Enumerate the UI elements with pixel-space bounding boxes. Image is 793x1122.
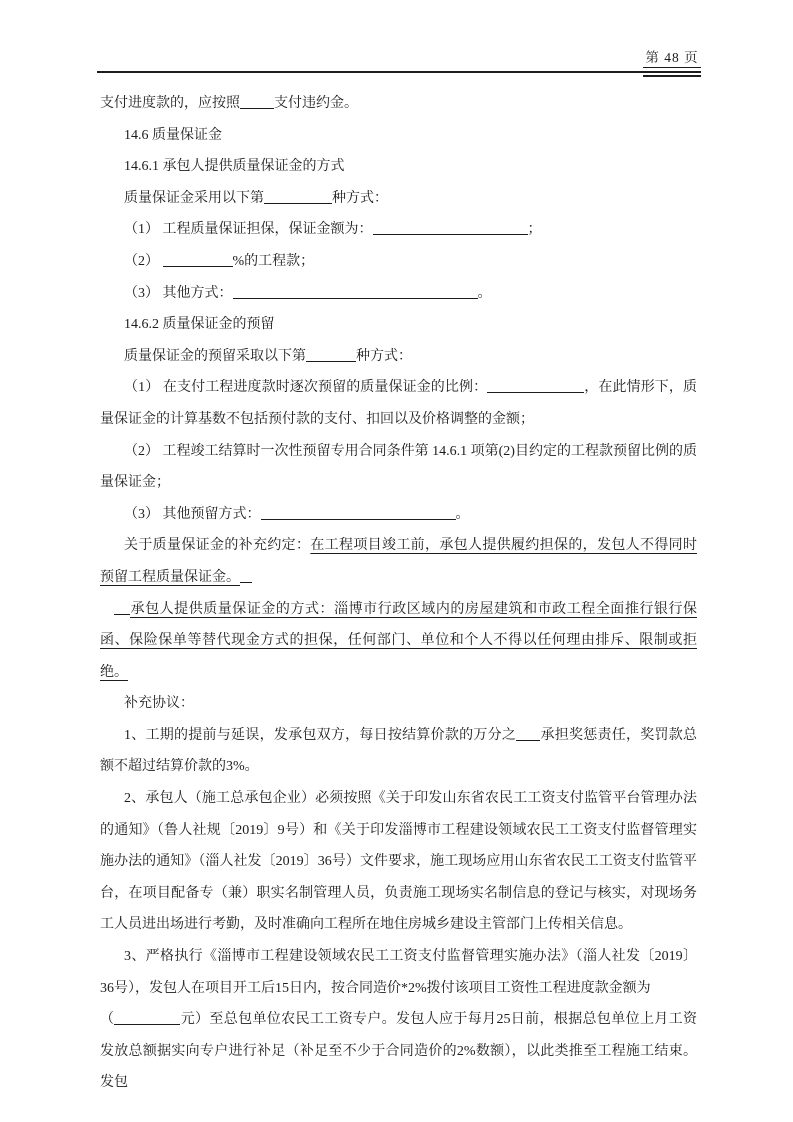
underlined-clause: 承包人提供质量保证金的方式：淄博市行政区域内的房屋建筑和市政工程全面推行银行保函…: [100, 602, 697, 680]
text-run: 2、承包人（施工总承包企业）必须按照《关于印发山东省农民工工资支付监管平台管理办…: [100, 791, 697, 932]
text-run: %的工程款；: [233, 254, 315, 269]
text-run: 元）至总包单位农民工工资专户。发包人应于每月25日前，根据总包单位上月工资发放总…: [100, 1012, 697, 1090]
text-run: 关于质量保证金的补充约定：: [124, 538, 310, 553]
blank-field: [240, 96, 274, 109]
text-run: 质量保证金采用以下第: [124, 191, 264, 206]
text-run: 。: [456, 507, 470, 522]
heading-14-6-quality-guarantee: 14.6 质量保证金: [100, 120, 697, 152]
text-run: 补充协议：: [124, 696, 194, 711]
option-3-other-method: （3） 其他方式：。: [100, 278, 697, 310]
text-run: 。: [478, 286, 492, 301]
document-body: 支付进度款的，应按照支付违约金。14.6 质量保证金14.6.1 承包人提供质量…: [100, 88, 697, 1099]
heading-14-6-2-retention: 14.6.2 质量保证金的预留: [100, 309, 697, 341]
text-run: （2）: [124, 254, 163, 269]
text-run: 种方式：: [356, 349, 412, 364]
text-run: 质量保证金的预留采取以下第: [124, 349, 306, 364]
page-number-underline: [643, 67, 701, 68]
text-run: 3、严格执行《淄博市工程建设领域农民工工资支付监督管理实施办法》（淄人社发〔20…: [100, 949, 697, 996]
clause-payment-penalty-continuation: 支付进度款的，应按照支付违约金。: [100, 88, 697, 120]
blank-field: [516, 728, 540, 741]
clause-guarantee-provision-policy: 承包人提供质量保证金的方式：淄博市行政区域内的房屋建筑和市政工程全面推行银行保函…: [100, 594, 697, 689]
page-number-double-underline: [643, 75, 701, 77]
heading-supplementary-agreement: 补充协议：: [100, 688, 697, 720]
text-run: 14.6 质量保证金: [124, 128, 222, 143]
text-run: （1） 在支付工程进度款时逐次预留的质量保证金的比例：: [124, 380, 487, 395]
clause-supplementary-stipulation-quality: 关于质量保证金的补充约定：在工程项目竣工前，承包人提供履约担保的，发包人不得同时…: [100, 530, 697, 593]
clause-quality-guarantee-method: 质量保证金采用以下第种方式：: [100, 183, 697, 215]
blank-field: [163, 254, 233, 267]
text-run: （3） 其他预留方式：: [124, 507, 261, 522]
blank-field: [240, 570, 252, 583]
blank-field: [373, 222, 528, 235]
blank-field: [306, 349, 356, 362]
option-2-percent-of-price: （2） %的工程款；: [100, 246, 697, 278]
blank-field: [114, 1012, 180, 1025]
blank-field: [261, 507, 456, 520]
header-rule: [97, 71, 701, 73]
page-number-label: 第 48 页: [643, 49, 701, 66]
text-run: （1） 工程质量保证担保，保证金额为：: [124, 222, 373, 237]
blank-field: [264, 191, 332, 204]
clause-retention-method: 质量保证金的预留采取以下第种方式：: [100, 341, 697, 373]
text-run: （: [100, 1012, 114, 1027]
blank-field: [487, 380, 584, 393]
spacer: [100, 601, 114, 613]
heading-14-6-1-provision-method: 14.6.1 承包人提供质量保证金的方式: [100, 151, 697, 183]
option-1-guarantee-bond: （1） 工程质量保证担保，保证金额为：；: [100, 214, 697, 246]
option-2-lump-sum-retention: （2） 工程竣工结算时一次性预留专用合同条件第 14.6.1 项第(2)目约定的…: [100, 436, 697, 499]
text-run: 1、工期的提前与延误，发承包双方，每日按结算价款的万分之: [124, 728, 516, 743]
text-run: 14.6.1 承包人提供质量保证金的方式: [124, 159, 345, 174]
document-page: 第 48 页 支付进度款的，应按照支付违约金。14.6 质量保证金14.6.1 …: [0, 0, 793, 1122]
text-run: 14.6.2 质量保证金的预留: [124, 317, 275, 332]
clause-1-schedule-reward-penalty: 1、工期的提前与延误，发承包双方，每日按结算价款的万分之承担奖惩责任，奖罚款总额…: [100, 720, 697, 783]
text-run: （3） 其他方式：: [124, 286, 233, 301]
text-run: （2） 工程竣工结算时一次性预留专用合同条件第 14.6.1 项第(2)目约定的…: [100, 444, 697, 491]
text-run: 支付违约金。: [274, 96, 358, 111]
blank-field: [114, 602, 130, 615]
option-1-progressive-retention: （1） 在支付工程进度款时逐次预留的质量保证金的比例：，在此情形下，质量保证金的…: [100, 372, 697, 435]
text-run: 支付进度款的，应按照: [100, 96, 240, 111]
text-run: 种方式：: [332, 191, 388, 206]
clause-3-wage-account-funding: 3、严格执行《淄博市工程建设领域农民工工资支付监督管理实施办法》（淄人社发〔20…: [100, 941, 697, 1099]
blank-field: [233, 286, 478, 299]
text-run: ；: [528, 222, 542, 237]
clause-2-wage-supervision-platform: 2、承包人（施工总承包企业）必须按照《关于印发山东省农民工工资支付监管平台管理办…: [100, 783, 697, 941]
option-3-other-retention: （3） 其他预留方式：。: [100, 499, 697, 531]
